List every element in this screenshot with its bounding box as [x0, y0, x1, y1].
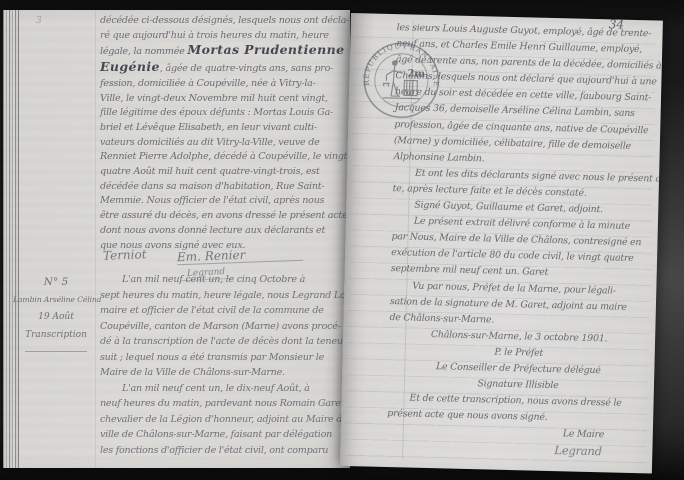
deceased-name-bold: Mortas Prudentienne	[187, 42, 344, 57]
text-line: maire et officier de l'état civil de la …	[100, 303, 350, 319]
text-line: vateurs domiciliés au dit Vitry-la-Ville…	[100, 136, 348, 151]
margin-date: 19 Août	[13, 312, 99, 322]
text-line: fession, domiciliée à Coupéville, née à …	[100, 77, 348, 92]
text-line: suit ; lequel nous a été transmis par Mo…	[100, 350, 350, 366]
text-line: L'an mil neuf cent un, le dix-neuf Août,…	[100, 381, 350, 397]
act1-name-line: légale, la nommée Mortas Prudentienne	[100, 43, 348, 60]
left-page: 3 décédée ci-dessous désignés, lesquels …	[3, 10, 350, 468]
act2-transcription-text: L'an mil neuf cent un, le cinq Octobre à…	[100, 272, 350, 458]
signatures-row: Terniot Em. Renier	[103, 248, 343, 263]
name-line-prefix: légale, la nommée	[100, 46, 187, 57]
text-line: ville de Châlons-sur-Marne, faisant par …	[100, 427, 350, 443]
text-line: dé à la transcription de l'acte de décès…	[100, 334, 350, 350]
right-page: 34 RÉPUBLIQUE FRANÇAISE	[340, 13, 663, 473]
signature-renier: Em. Renier	[176, 246, 303, 265]
margin-note: N° 5 Lambin Arséline Célina 19 Août Tran…	[13, 276, 99, 352]
text-line: décédée dans sa maison d'habitation, Rue…	[100, 180, 348, 195]
margin-transcription-label: Transcription	[13, 330, 99, 340]
name-line-rest: , âgée de quatre-vingts ans, sans pro-	[160, 63, 333, 74]
signature-terniot: Terniot	[103, 247, 147, 263]
text-line: être assuré du décès, en avons dressé le…	[100, 209, 348, 224]
text-line: sept heures du matin, heure légale, nous…	[100, 288, 350, 304]
text-line: briel et Lévêque Elisabeth, en leur viva…	[100, 121, 348, 136]
text-line: neuf heures du matin, pardevant nous Rom…	[100, 396, 350, 412]
text-line: Ville, le vingt-deux Novembre mil huit c…	[100, 92, 348, 107]
act1-closing-lines: fession, domiciliée à Coupéville, née à …	[100, 77, 348, 253]
text-line: L'an mil neuf cent un, le cinq Octobre à	[100, 272, 350, 288]
text-line: Renniet Pierre Adolphe, décédé à Coupévi…	[100, 150, 348, 165]
text-line: décédée ci-dessous désignés, lesquels no…	[100, 14, 348, 29]
page-stack-edges	[3, 10, 19, 468]
margin-crease	[95, 10, 96, 468]
text-line: les fonctions d'officier de l'état civil…	[100, 443, 350, 459]
text-line: fille légitime des époux défunts : Morta…	[100, 106, 348, 121]
act1-opening-lines: décédée ci-dessous désignés, lesquels no…	[100, 14, 348, 43]
text-line: quatre Août mil huit cent quatre-vingt-t…	[100, 165, 348, 180]
scanned-register-photo: 3 décédée ci-dessous désignés, lesquels …	[0, 0, 684, 480]
text-line: Maire de la Ville de Châlons-sur-Marne.	[100, 365, 350, 381]
text-line: ré que aujourd'hui à trois heures du mat…	[100, 29, 348, 44]
text-line: chevalier de la Légion d'honneur, adjoin…	[100, 412, 350, 428]
right-page-text: les sieurs Louis Auguste Guyot, employé,…	[386, 20, 657, 461]
deceased-firstname-bold: Eugénie	[100, 59, 160, 74]
margin-deceased-name: Lambin Arséline Célina	[13, 295, 99, 304]
text-line: Memmie. Nous officier de l'état civil, a…	[100, 194, 348, 209]
text-line: Coupéville, canton de Marson (Marne) avo…	[100, 319, 350, 335]
margin-underline	[25, 351, 87, 352]
text-line: dont nous avons donné lecture aux déclar…	[100, 224, 348, 239]
pencil-mark: 3	[36, 16, 42, 26]
act1-text: décédée ci-dessous désignés, lesquels no…	[100, 14, 348, 253]
act1-name-line-2: Eugénie, âgée de quatre-vingts ans, sans…	[100, 60, 348, 77]
margin-act-number: N° 5	[13, 276, 99, 288]
